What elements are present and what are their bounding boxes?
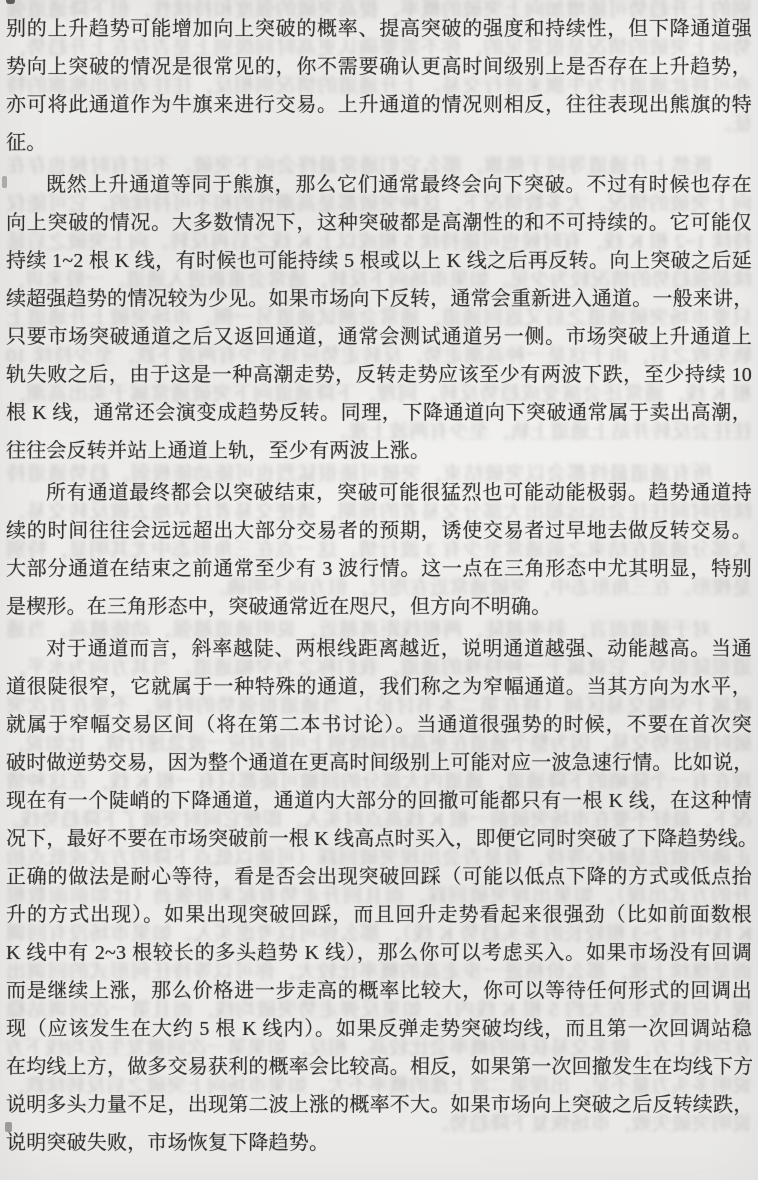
text-line: 续超强趋势的情况较为少见。如果市场向下反转，通常会重新进入通道。一般来讲，: [6, 280, 752, 318]
text-line: 轨失败之后，由于这是一种高潮走势，反转走势应该至少有两波下跌，至少持续 10: [6, 356, 752, 394]
text-line: 正确的做法是耐心等待，看是否会出现突破回踩（可能以低点下降的方式或低点抬: [6, 858, 752, 896]
page-text: 别的上升趋势可能增加向上突破的概率、提高突破的强度和持续性，但下降通道强 势向上…: [6, 10, 752, 1162]
text-line: 就属于窄幅交易区间（将在第二本书讨论）。当通道很强势的时候，不要在首次突: [6, 706, 752, 744]
text-line: 况下，最好不要在市场突破前一根 K 线高点时买入，即便它同时突破了下降趋势线。: [6, 820, 752, 858]
text-line: 是楔形。在三角形态中，突破通常近在咫尺，但方向不明确。: [6, 588, 752, 626]
text-line: 而是继续上涨，那么价格进一步走高的概率比较大，你可以等待任何形式的回调出: [6, 972, 752, 1010]
paragraph: 对于通道而言，斜率越陡、两根线距离越近，说明通道越强、动能越高。当通 道很陡很窄…: [6, 630, 752, 1162]
text-line: 现（应该发生在大约 5 根 K 线内）。如果反弹走势突破均线，而且第一次回调站稳: [6, 1010, 752, 1048]
text-line: 在均线上方，做多交易获利的概率会比较高。相反，如果第一次回撤发生在均线下方，: [6, 1048, 752, 1086]
text-line: 续的时间往往会远远超出大部分交易者的预期，诱使交易者过早地去做反转交易。: [6, 512, 752, 550]
scan-artifact: [6, 0, 15, 4]
text-line: 说明突破失败，市场恢复下降趋势。: [6, 1124, 752, 1162]
text-line: 往往会反转并站上通道上轨，至少有两波上涨。: [6, 432, 752, 470]
text-line: 既然上升通道等同于熊旗，那么它们通常最终会向下突破。不过有时候也存在: [6, 166, 752, 204]
text-line: 征。: [6, 124, 752, 162]
text-line: 说明多头力量不足，出现第二波上涨的概率不大。如果市场向上突破之后反转续跌，: [6, 1086, 752, 1124]
text-line: 别的上升趋势可能增加向上突破的概率、提高突破的强度和持续性，但下降通道强: [6, 10, 752, 48]
text-line: 大部分通道在结束之前通常至少有 3 波行情。这一点在三角形态中尤其明显，特别: [6, 550, 752, 588]
text-line: 持续 1~2 根 K 线，有时候也可能持续 5 根或以上 K 线之后再反转。向上…: [6, 242, 752, 280]
paragraph: 既然上升通道等同于熊旗，那么它们通常最终会向下突破。不过有时候也存在 向上突破的…: [6, 166, 752, 470]
text-line: 向上突破的情况。大多数情况下，这种突破都是高潮性的和不可持续的。它可能仅: [6, 204, 752, 242]
text-line: 破时做逆势交易，因为整个通道在更高时间级别上可能对应一波急速行情。比如说，: [6, 744, 752, 782]
text-line: 只要市场突破通道之后又返回通道，通常会测试通道另一侧。市场突破上升通道上: [6, 318, 752, 356]
text-line: 道很陡很窄，它就属于一种特殊的通道，我们称之为窄幅通道。当其方向为水平，: [6, 668, 752, 706]
text-line: K 线中有 2~3 根较长的多头趋势 K 线），那么你可以考虑买入。如果市场没有…: [6, 934, 752, 972]
paragraph: 所有通道最终都会以突破结束，突破可能很猛烈也可能动能极弱。趋势通道持 续的时间往…: [6, 474, 752, 626]
book-page: 别的上升趋势可能增加向上突破的概率、提高突破的强度和持续性，但下降通道强 势向上…: [0, 0, 758, 1180]
paragraph: 别的上升趋势可能增加向上突破的概率、提高突破的强度和持续性，但下降通道强 势向上…: [6, 10, 752, 162]
text-line: 升的方式出现）。如果出现突破回踩，而且回升走势看起来很强劲（比如前面数根: [6, 896, 752, 934]
text-line: 所有通道最终都会以突破结束，突破可能很猛烈也可能动能极弱。趋势通道持: [6, 474, 752, 512]
text-line: 亦可将此通道作为牛旗来进行交易。上升通道的情况则相反，往往表现出熊旗的特: [6, 86, 752, 124]
text-line: 势向上突破的情况是很常见的，你不需要确认更高时间级别上是否存在上升趋势，: [6, 48, 752, 86]
text-line: 现在有一个陡峭的下降通道，通道内大部分的回撤可能都只有一根 K 线，在这种情: [6, 782, 752, 820]
text-line: 根 K 线，通常还会演变成趋势反转。同理，下降通道向下突破通常属于卖出高潮，: [6, 394, 752, 432]
text-line: 对于通道而言，斜率越陡、两根线距离越近，说明通道越强、动能越高。当通: [6, 630, 752, 668]
